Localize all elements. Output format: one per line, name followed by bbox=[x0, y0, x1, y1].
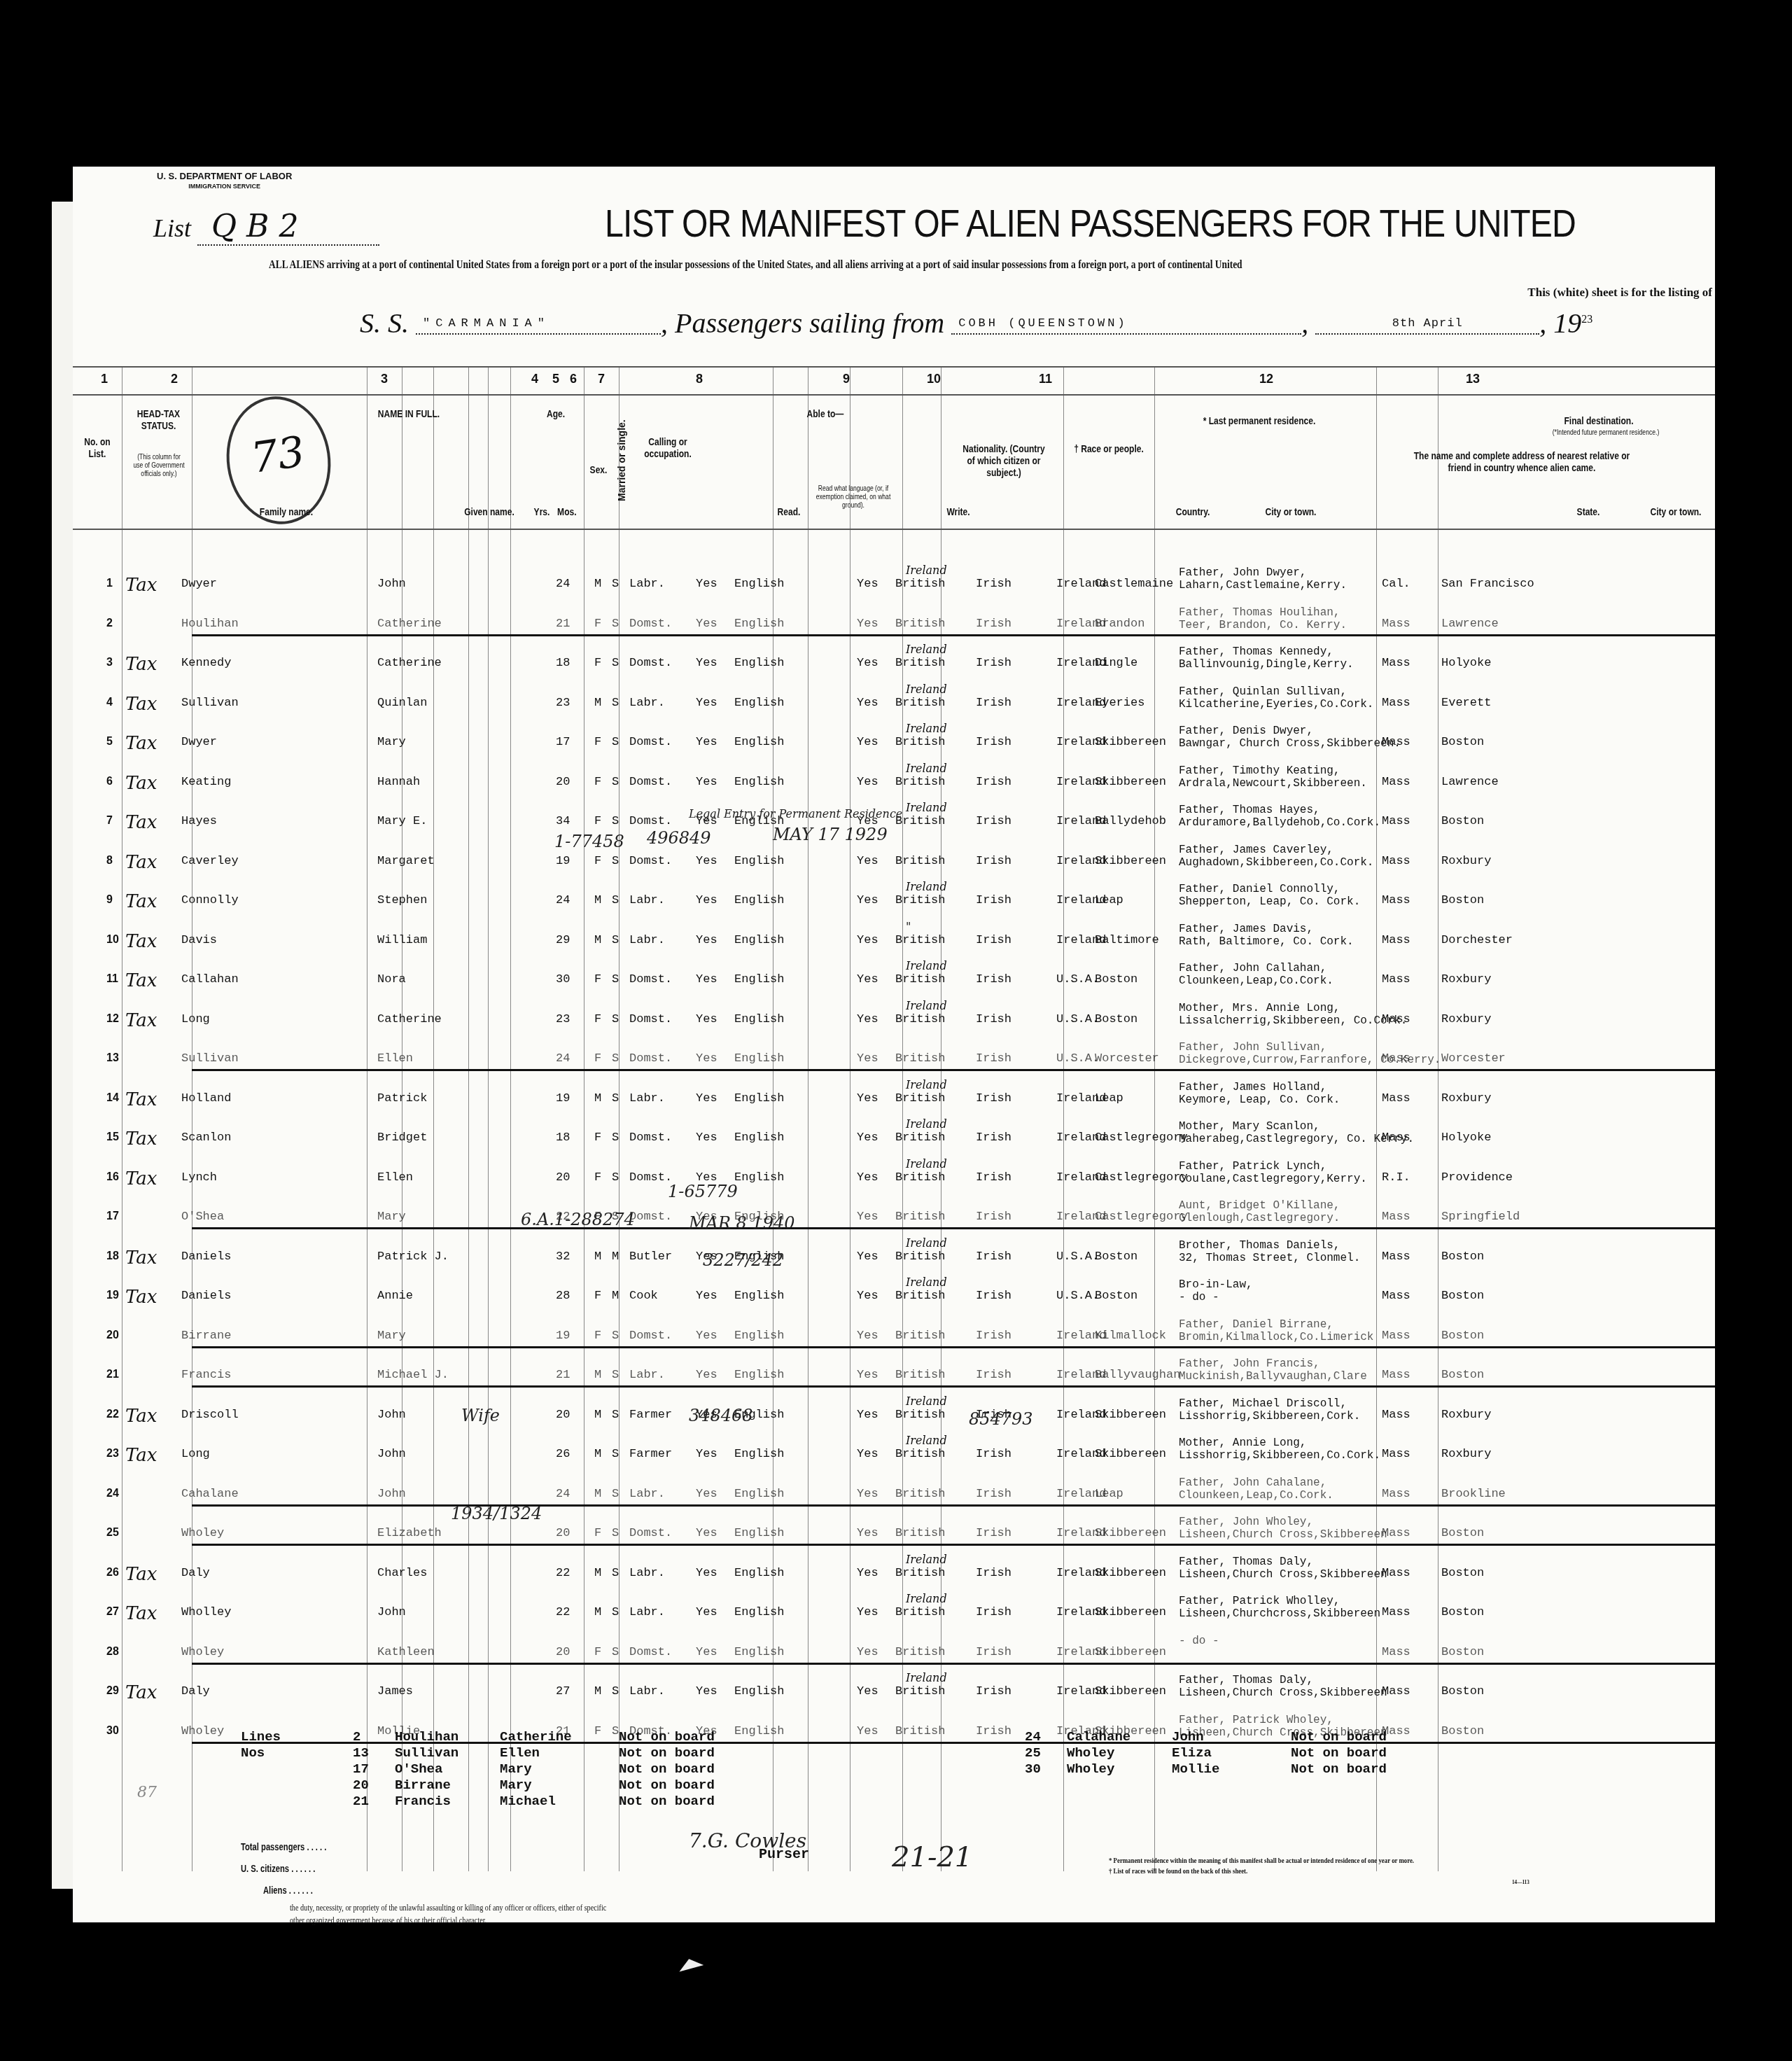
race: Irish bbox=[976, 1092, 1011, 1105]
language: English bbox=[734, 934, 784, 947]
nationality-handwritten: Ireland bbox=[906, 1157, 947, 1171]
relative-address: Ardrala,Newcourt,Skibbereen. bbox=[1179, 777, 1367, 790]
row-number: 13 bbox=[106, 1052, 119, 1065]
marital-status: S bbox=[612, 1606, 619, 1619]
row-number: 12 bbox=[106, 1013, 119, 1026]
head-tax-mark: Tax bbox=[125, 812, 157, 833]
can-read: Yes bbox=[696, 617, 717, 631]
head-tax-mark: Tax bbox=[125, 575, 157, 596]
row-number: 29 bbox=[106, 1685, 119, 1698]
head-tax-mark: Tax bbox=[125, 1168, 157, 1189]
family-name: Dwyer bbox=[181, 578, 217, 591]
nationality-handwritten: Ireland bbox=[906, 762, 947, 775]
destination-state: Mass bbox=[1382, 1052, 1410, 1066]
nationality: British bbox=[895, 1092, 945, 1105]
entry-given: Mary bbox=[500, 1777, 532, 1794]
age: 20 bbox=[556, 1527, 570, 1540]
entry-status: Not on board bbox=[1291, 1729, 1387, 1745]
row-number: 2 bbox=[106, 617, 113, 630]
destination-state: Mass bbox=[1382, 657, 1410, 670]
nationality: British bbox=[895, 1329, 945, 1343]
nationality: British bbox=[895, 973, 945, 986]
family-name: Wholley bbox=[181, 1606, 231, 1619]
passenger-row: 27TaxWholleyJohn22MSLabr.YesEnglishYesBr… bbox=[73, 1606, 1715, 1645]
destination-city: Roxbury bbox=[1441, 973, 1491, 986]
column-header-dest-city: City or town. bbox=[1639, 506, 1711, 518]
head-tax-mark: Tax bbox=[125, 654, 157, 675]
relative-name: Father, Timothy Keating, bbox=[1179, 764, 1367, 777]
can-write: Yes bbox=[857, 1725, 878, 1738]
occupation: Domst. bbox=[629, 1646, 672, 1659]
residence-city: Leap bbox=[1095, 1488, 1123, 1501]
passenger-row: 19TaxDanielsAnnie28FMCookYesEnglishYesBr… bbox=[73, 1290, 1715, 1329]
nationality-handwritten: Ireland bbox=[906, 801, 947, 814]
column-header-last-residence: * Last permanent residence. bbox=[1169, 415, 1350, 427]
destination-state: Mass bbox=[1382, 1527, 1410, 1540]
sex: M bbox=[594, 1409, 601, 1422]
marital-status: S bbox=[612, 1013, 619, 1026]
residence-country: U.S.A. bbox=[1056, 1052, 1099, 1066]
marital-status: S bbox=[612, 934, 619, 947]
marital-status: S bbox=[612, 1052, 619, 1066]
can-read: Yes bbox=[696, 1527, 717, 1540]
destination-state: Mass bbox=[1382, 1131, 1410, 1145]
entry-status: Not on board bbox=[619, 1745, 715, 1761]
list-field: List Q B 2 bbox=[153, 209, 379, 246]
handwritten-annotation: 1-77458 bbox=[554, 832, 624, 851]
destination-city: Everett bbox=[1441, 697, 1491, 710]
age: 23 bbox=[556, 1013, 570, 1026]
relative-name: Father, Patrick Lynch, bbox=[1179, 1160, 1367, 1173]
can-read: Yes bbox=[696, 1488, 717, 1501]
occupation: Farmer bbox=[629, 1409, 672, 1422]
can-write: Yes bbox=[857, 1092, 878, 1105]
destination-state: Mass bbox=[1382, 1369, 1410, 1382]
age: 24 bbox=[556, 578, 570, 591]
destination-state: Mass bbox=[1382, 617, 1410, 631]
occupation: Labr. bbox=[629, 894, 665, 907]
destination-state: Mass bbox=[1382, 1409, 1410, 1422]
occupation: Domst. bbox=[629, 1527, 672, 1540]
nationality-handwritten: " bbox=[906, 920, 911, 933]
age: 22 bbox=[556, 1606, 570, 1619]
nationality: British bbox=[895, 1171, 945, 1185]
row-number: 30 bbox=[106, 1725, 119, 1738]
race: Irish bbox=[976, 1171, 1011, 1185]
destination-city: Lawrence bbox=[1441, 617, 1499, 631]
head-tax-mark: Tax bbox=[125, 1287, 157, 1308]
margin-number: 87 bbox=[137, 1784, 157, 1801]
relative-name: Father, James Caverley, bbox=[1179, 844, 1373, 856]
residence-city: Boston bbox=[1095, 1250, 1137, 1264]
column-header-final-destination: Final destination. bbox=[1539, 415, 1659, 427]
passenger-row: 29TaxDalyJames27MSLabr.YesEnglishYesBrit… bbox=[73, 1685, 1715, 1724]
head-tax-mark: Tax bbox=[125, 1603, 157, 1624]
can-write: Yes bbox=[857, 1013, 878, 1026]
relative-name: Father, Thomas Houlihan, bbox=[1179, 606, 1347, 619]
age: 24 bbox=[556, 894, 570, 907]
destination-state: Mass bbox=[1382, 1646, 1410, 1659]
residence-city: Castlemaine bbox=[1095, 578, 1173, 591]
passenger-row: 26TaxDalyCharles22MSLabr.YesEnglishYesBr… bbox=[73, 1567, 1715, 1606]
destination-state: Mass bbox=[1382, 736, 1410, 749]
row-number: 18 bbox=[106, 1250, 119, 1263]
age: 26 bbox=[556, 1448, 570, 1461]
passenger-row: 11TaxCallahanNora30FSDomst.YesEnglishYes… bbox=[73, 973, 1715, 1012]
race: Irish bbox=[976, 578, 1011, 591]
given-name: John bbox=[377, 578, 406, 591]
column-number: 7 bbox=[598, 372, 605, 386]
passenger-row: 7TaxHayesMary E.34FSDomst.YesEnglishYesB… bbox=[73, 815, 1715, 854]
column-header-head-tax-note: (This column for use of Government offic… bbox=[132, 454, 185, 479]
language: English bbox=[734, 1052, 784, 1066]
given-name: Quinlan bbox=[377, 697, 427, 710]
destination-city: Brookline bbox=[1441, 1488, 1506, 1501]
nearest-relative: Father, John Francis,Muckinish,Ballyvaug… bbox=[1179, 1357, 1367, 1383]
year-prefix: 19 bbox=[1553, 307, 1581, 339]
not-on-board-entry: 13SullivanEllenNot on board bbox=[353, 1745, 843, 1761]
sex: F bbox=[594, 1329, 601, 1343]
can-read: Yes bbox=[696, 1646, 717, 1659]
family-name: Daniels bbox=[181, 1290, 231, 1303]
relative-address: Lissalcherrig,Skibbereen, Co.Cork. bbox=[1179, 1014, 1407, 1027]
residence-city: Leap bbox=[1095, 894, 1123, 907]
destination-state: Mass bbox=[1382, 1290, 1410, 1303]
family-name: Houlihan bbox=[181, 617, 239, 631]
destination-city: Holyoke bbox=[1441, 657, 1491, 670]
sex: M bbox=[594, 578, 601, 591]
handwritten-annotation: 348468 bbox=[689, 1406, 753, 1425]
age: 23 bbox=[556, 697, 570, 710]
destination-state: Mass bbox=[1382, 1488, 1410, 1501]
age: 22 bbox=[556, 1567, 570, 1580]
totals-block: Total passengers . . . . . U. S. citizen… bbox=[241, 1836, 326, 1901]
head-tax-mark: Tax bbox=[125, 891, 157, 912]
relative-name: Father, Denis Dwyer, bbox=[1179, 725, 1401, 737]
given-name: Stephen bbox=[377, 894, 427, 907]
column-header-family-name: Family name. bbox=[241, 506, 332, 518]
nationality: British bbox=[895, 1567, 945, 1580]
can-read: Yes bbox=[696, 1685, 717, 1698]
ss-label: S. S. bbox=[360, 307, 409, 339]
race: Irish bbox=[976, 973, 1011, 986]
age: 28 bbox=[556, 1290, 570, 1303]
nationality-handwritten: Ireland bbox=[906, 1671, 947, 1684]
can-read: Yes bbox=[696, 1092, 717, 1105]
can-write: Yes bbox=[857, 1250, 878, 1264]
destination-city: Roxbury bbox=[1441, 1448, 1491, 1461]
nationality: British bbox=[895, 776, 945, 789]
family-name: Caverley bbox=[181, 855, 239, 868]
sex: M bbox=[594, 1092, 601, 1105]
sex: F bbox=[594, 776, 601, 789]
race: Irish bbox=[976, 1646, 1011, 1659]
all-aliens-text: ALL ALIENS arriving at a port of contine… bbox=[269, 258, 1242, 272]
residence-city: Skibbereen bbox=[1095, 1685, 1166, 1698]
race: Irish bbox=[976, 776, 1011, 789]
occupation: Domst. bbox=[629, 736, 672, 749]
sex: M bbox=[594, 1488, 601, 1501]
residence-country: U.S.A. bbox=[1056, 1290, 1099, 1303]
nearest-relative: Father, Daniel Birrane,Bromin,Kilmallock… bbox=[1179, 1318, 1373, 1343]
destination-city: Boston bbox=[1441, 815, 1484, 828]
occupation: Labr. bbox=[629, 1567, 665, 1580]
entry-status: Not on board bbox=[619, 1794, 715, 1810]
department-header: U. S. DEPARTMENT OF LABOR IMMIGRATION SE… bbox=[157, 171, 292, 192]
row-number: 27 bbox=[106, 1606, 119, 1619]
family-name: Daly bbox=[181, 1685, 210, 1698]
passenger-row: 14TaxHollandPatrick19MSLabr.YesEnglishYe… bbox=[73, 1092, 1715, 1131]
language: English bbox=[734, 855, 784, 868]
occupation: Domst. bbox=[629, 855, 672, 868]
nationality-handwritten: Ireland bbox=[906, 999, 947, 1012]
sex: F bbox=[594, 1013, 601, 1026]
column-number: 11 bbox=[1039, 372, 1052, 386]
relative-name: Father, Thomas Kennedy, bbox=[1179, 645, 1354, 658]
entry-status: Not on board bbox=[1291, 1745, 1387, 1761]
marital-status: S bbox=[612, 776, 619, 789]
destination-state: Mass bbox=[1382, 1092, 1410, 1105]
marital-status: S bbox=[612, 1131, 619, 1145]
marital-status: S bbox=[612, 1685, 619, 1698]
given-name: Catherine bbox=[377, 657, 442, 670]
head-tax-mark: Tax bbox=[125, 1564, 157, 1585]
family-name: Dwyer bbox=[181, 736, 217, 749]
given-name: Charles bbox=[377, 1567, 427, 1580]
row-number: 8 bbox=[106, 855, 113, 867]
can-read: Yes bbox=[696, 697, 717, 710]
destination-state: R.I. bbox=[1382, 1171, 1410, 1185]
can-write: Yes bbox=[857, 736, 878, 749]
head-tax-mark: Tax bbox=[125, 1445, 157, 1466]
relative-address: Glenlough,Castlegregory. bbox=[1179, 1212, 1340, 1224]
nearest-relative: Father, John Cahalane,Clounkeen,Leap,Co.… bbox=[1179, 1476, 1333, 1502]
given-name: William bbox=[377, 934, 427, 947]
marital-status: S bbox=[612, 1527, 619, 1540]
entry-given: Ellen bbox=[500, 1745, 540, 1761]
relative-address: Lisheen,Church Cross,Skibbereen bbox=[1179, 1568, 1387, 1581]
column-header-relative: The name and complete address of nearest… bbox=[1408, 450, 1637, 474]
occupation: Domst. bbox=[629, 1329, 672, 1343]
age: 19 bbox=[556, 855, 570, 868]
can-read: Yes bbox=[696, 776, 717, 789]
head-tax-mark: Tax bbox=[125, 694, 157, 715]
family-name: Connolly bbox=[181, 894, 239, 907]
entry-status: Not on board bbox=[619, 1729, 715, 1745]
language: English bbox=[734, 617, 784, 631]
footnote-races: † List of races will be found on the bac… bbox=[1109, 1866, 1529, 1877]
residence-city: Skibbereen bbox=[1095, 1567, 1166, 1580]
handwritten-annotation: MAR 8 1940 bbox=[689, 1213, 795, 1233]
nationality-handwritten: Ireland bbox=[906, 1236, 947, 1250]
occupation: Labr. bbox=[629, 934, 665, 947]
family-name: Wholey bbox=[181, 1725, 224, 1738]
can-write: Yes bbox=[857, 1131, 878, 1145]
family-name: Long bbox=[181, 1013, 210, 1026]
relative-address: Aughadown,Skibbereen,Co.Cork. bbox=[1179, 856, 1373, 869]
ship-line: S. S. "CARMANIA", Passengers sailing fro… bbox=[360, 307, 1592, 340]
can-write: Yes bbox=[857, 617, 878, 631]
relative-name: Bro-in-Law, bbox=[1179, 1278, 1253, 1291]
destination-city: Boston bbox=[1441, 1250, 1484, 1264]
not-on-board-entry: 20BirraneMaryNot on board bbox=[353, 1777, 843, 1794]
nationality: British bbox=[895, 1646, 945, 1659]
language: English bbox=[734, 1606, 784, 1619]
age: 30 bbox=[556, 973, 570, 986]
can-read: Yes bbox=[696, 1567, 717, 1580]
language: English bbox=[734, 1646, 784, 1659]
nearest-relative: Father, Thomas Daly,Lisheen,Church Cross… bbox=[1179, 1674, 1387, 1699]
can-read: Yes bbox=[696, 1448, 717, 1461]
can-read: Yes bbox=[696, 1052, 717, 1066]
race: Irish bbox=[976, 894, 1011, 907]
given-name: Elizabeth bbox=[377, 1527, 442, 1540]
occupation: Domst. bbox=[629, 1013, 672, 1026]
given-name: Catherine bbox=[377, 1013, 442, 1026]
aliens-label: Aliens . . . . . . bbox=[241, 1880, 326, 1901]
destination-city: Providence bbox=[1441, 1171, 1513, 1185]
sex: M bbox=[594, 1606, 601, 1619]
nearest-relative: Father, Thomas Daly,Lisheen,Church Cross… bbox=[1179, 1556, 1387, 1581]
entry-family: O'Shea bbox=[395, 1761, 442, 1777]
can-write: Yes bbox=[857, 1527, 878, 1540]
destination-city: Boston bbox=[1441, 894, 1484, 907]
nearest-relative: Father, John Dwyer,Laharn,Castlemaine,Ke… bbox=[1179, 566, 1347, 592]
residence-city: Skibbereen bbox=[1095, 1448, 1166, 1461]
sex: M bbox=[594, 697, 601, 710]
age: 20 bbox=[556, 1409, 570, 1422]
column-header-sex: Sex. bbox=[589, 464, 608, 476]
nationality: British bbox=[895, 578, 945, 591]
occupation: Domst. bbox=[629, 1052, 672, 1066]
ship-name: "CARMANIA" bbox=[416, 317, 661, 335]
given-name: John bbox=[377, 1488, 406, 1501]
occupation: Domst. bbox=[629, 776, 672, 789]
marital-status: S bbox=[612, 973, 619, 986]
family-name: Daniels bbox=[181, 1250, 231, 1264]
passenger-row: 2HoulihanCatherine21FSDomst.YesEnglishYe… bbox=[73, 617, 1715, 657]
passenger-row: 18TaxDanielsPatrick J.32MMButlerYesEngli… bbox=[73, 1250, 1715, 1290]
residence-city: Eyeries bbox=[1095, 697, 1144, 710]
row-number: 21 bbox=[106, 1369, 119, 1381]
passenger-row: 24CahalaneJohn24MSLabr.YesEnglishYesBrit… bbox=[73, 1488, 1715, 1527]
occupation: Labr. bbox=[629, 578, 665, 591]
sex: M bbox=[594, 1567, 601, 1580]
can-read: Yes bbox=[696, 1290, 717, 1303]
passenger-row: 17O'SheaMary22FSDomst.YesEnglishYesBriti… bbox=[73, 1210, 1715, 1250]
relative-address: Clounkeen,Leap,Co.Cork. bbox=[1179, 1489, 1333, 1502]
row-number: 15 bbox=[106, 1131, 119, 1144]
can-write: Yes bbox=[857, 1685, 878, 1698]
sex: F bbox=[594, 1171, 601, 1185]
nearest-relative: Mother, Mrs. Annie Long,Lissalcherrig,Sk… bbox=[1179, 1002, 1407, 1027]
relative-address: Kilcatherine,Eyeries,Co.Cork. bbox=[1179, 698, 1373, 711]
sex: F bbox=[594, 1131, 601, 1145]
can-write: Yes bbox=[857, 1606, 878, 1619]
nationality-handwritten: Ireland bbox=[906, 643, 947, 656]
destination-state: Mass bbox=[1382, 1250, 1410, 1264]
can-write: Yes bbox=[857, 697, 878, 710]
destination-state: Mass bbox=[1382, 894, 1410, 907]
column-number: 1 bbox=[101, 372, 108, 386]
residence-city: Ballyvaughan bbox=[1095, 1369, 1180, 1382]
column-number: 4 bbox=[531, 372, 538, 386]
sex: F bbox=[594, 815, 601, 828]
language: English bbox=[734, 1329, 784, 1343]
relative-name: Father, Patrick Wholley, bbox=[1179, 1595, 1380, 1607]
duty-text: the duty, necessity, or propriety of the… bbox=[290, 1901, 606, 1927]
can-read: Yes bbox=[696, 1013, 717, 1026]
nationality-handwritten: Ireland bbox=[906, 1592, 947, 1605]
relative-address: Shepperton, Leap, Co. Cork. bbox=[1179, 895, 1360, 908]
pointer-arrow bbox=[677, 1956, 703, 1972]
marital-status: S bbox=[612, 855, 619, 868]
us-citizens-label: U. S. citizens . . . . . . bbox=[241, 1858, 326, 1880]
nearest-relative: Father, James Holland,Keymore, Leap, Co.… bbox=[1179, 1081, 1340, 1106]
occupation: Farmer bbox=[629, 1448, 672, 1461]
entry-line: 25 bbox=[1025, 1745, 1041, 1761]
language: English bbox=[734, 578, 784, 591]
can-write: Yes bbox=[857, 1369, 878, 1382]
race: Irish bbox=[976, 1567, 1011, 1580]
destination-state: Mass bbox=[1382, 1013, 1410, 1026]
can-write: Yes bbox=[857, 1448, 878, 1461]
purser-label: Purser bbox=[759, 1847, 809, 1863]
family-name: Cahalane bbox=[181, 1488, 239, 1501]
sex: F bbox=[594, 617, 601, 631]
nearest-relative: Father, Daniel Connolly,Shepperton, Leap… bbox=[1179, 883, 1360, 908]
passenger-row: 10TaxDavisWilliam29MSLabr.YesEnglishYesB… bbox=[73, 934, 1715, 973]
column-header-mos: Mos. bbox=[557, 506, 575, 518]
not-on-board-entry: 17O'SheaMaryNot on board bbox=[353, 1761, 843, 1777]
list-value: Q B 2 bbox=[197, 209, 379, 246]
row-number: 24 bbox=[106, 1488, 119, 1500]
given-name: Patrick J. bbox=[377, 1250, 449, 1264]
column-number: 9 bbox=[843, 372, 850, 386]
service-name: IMMIGRATION SERVICE bbox=[157, 181, 292, 192]
header-rule bbox=[73, 394, 1715, 396]
race: Irish bbox=[976, 1606, 1011, 1619]
residence-city: Castlegregory bbox=[1095, 1171, 1188, 1185]
marital-status: M bbox=[612, 1290, 619, 1303]
language: English bbox=[734, 1488, 784, 1501]
given-name: John bbox=[377, 1606, 406, 1619]
entry-given: Mary bbox=[500, 1761, 532, 1777]
marital-status: S bbox=[612, 657, 619, 670]
relative-name: Father, Michael Driscoll, bbox=[1179, 1397, 1360, 1410]
destination-city: Boston bbox=[1441, 1646, 1484, 1659]
residence-city: Skibbereen bbox=[1095, 1409, 1166, 1422]
given-name: Patrick bbox=[377, 1092, 427, 1105]
given-name: Ellen bbox=[377, 1171, 413, 1185]
destination-state: Mass bbox=[1382, 815, 1410, 828]
column-header-city: City or town. bbox=[1249, 506, 1333, 518]
residence-city: Castlegregory bbox=[1095, 1131, 1188, 1145]
entry-family: Francis bbox=[395, 1794, 451, 1810]
column-header-given-name: Given name. bbox=[444, 506, 535, 518]
can-read: Yes bbox=[696, 1369, 717, 1382]
entry-family: Birrane bbox=[395, 1777, 451, 1794]
handwritten-annotation: 854793 bbox=[969, 1409, 1033, 1429]
family-name: Callahan bbox=[181, 973, 239, 986]
marital-status: S bbox=[612, 1369, 619, 1382]
lines-nos-label: Lines Nos bbox=[241, 1729, 281, 1761]
destination-state: Mass bbox=[1382, 855, 1410, 868]
nearest-relative: Father, James Caverley,Aughadown,Skibber… bbox=[1179, 844, 1373, 869]
can-read: Yes bbox=[696, 894, 717, 907]
column-header-age: Age. bbox=[538, 408, 574, 420]
race: Irish bbox=[976, 1250, 1011, 1264]
